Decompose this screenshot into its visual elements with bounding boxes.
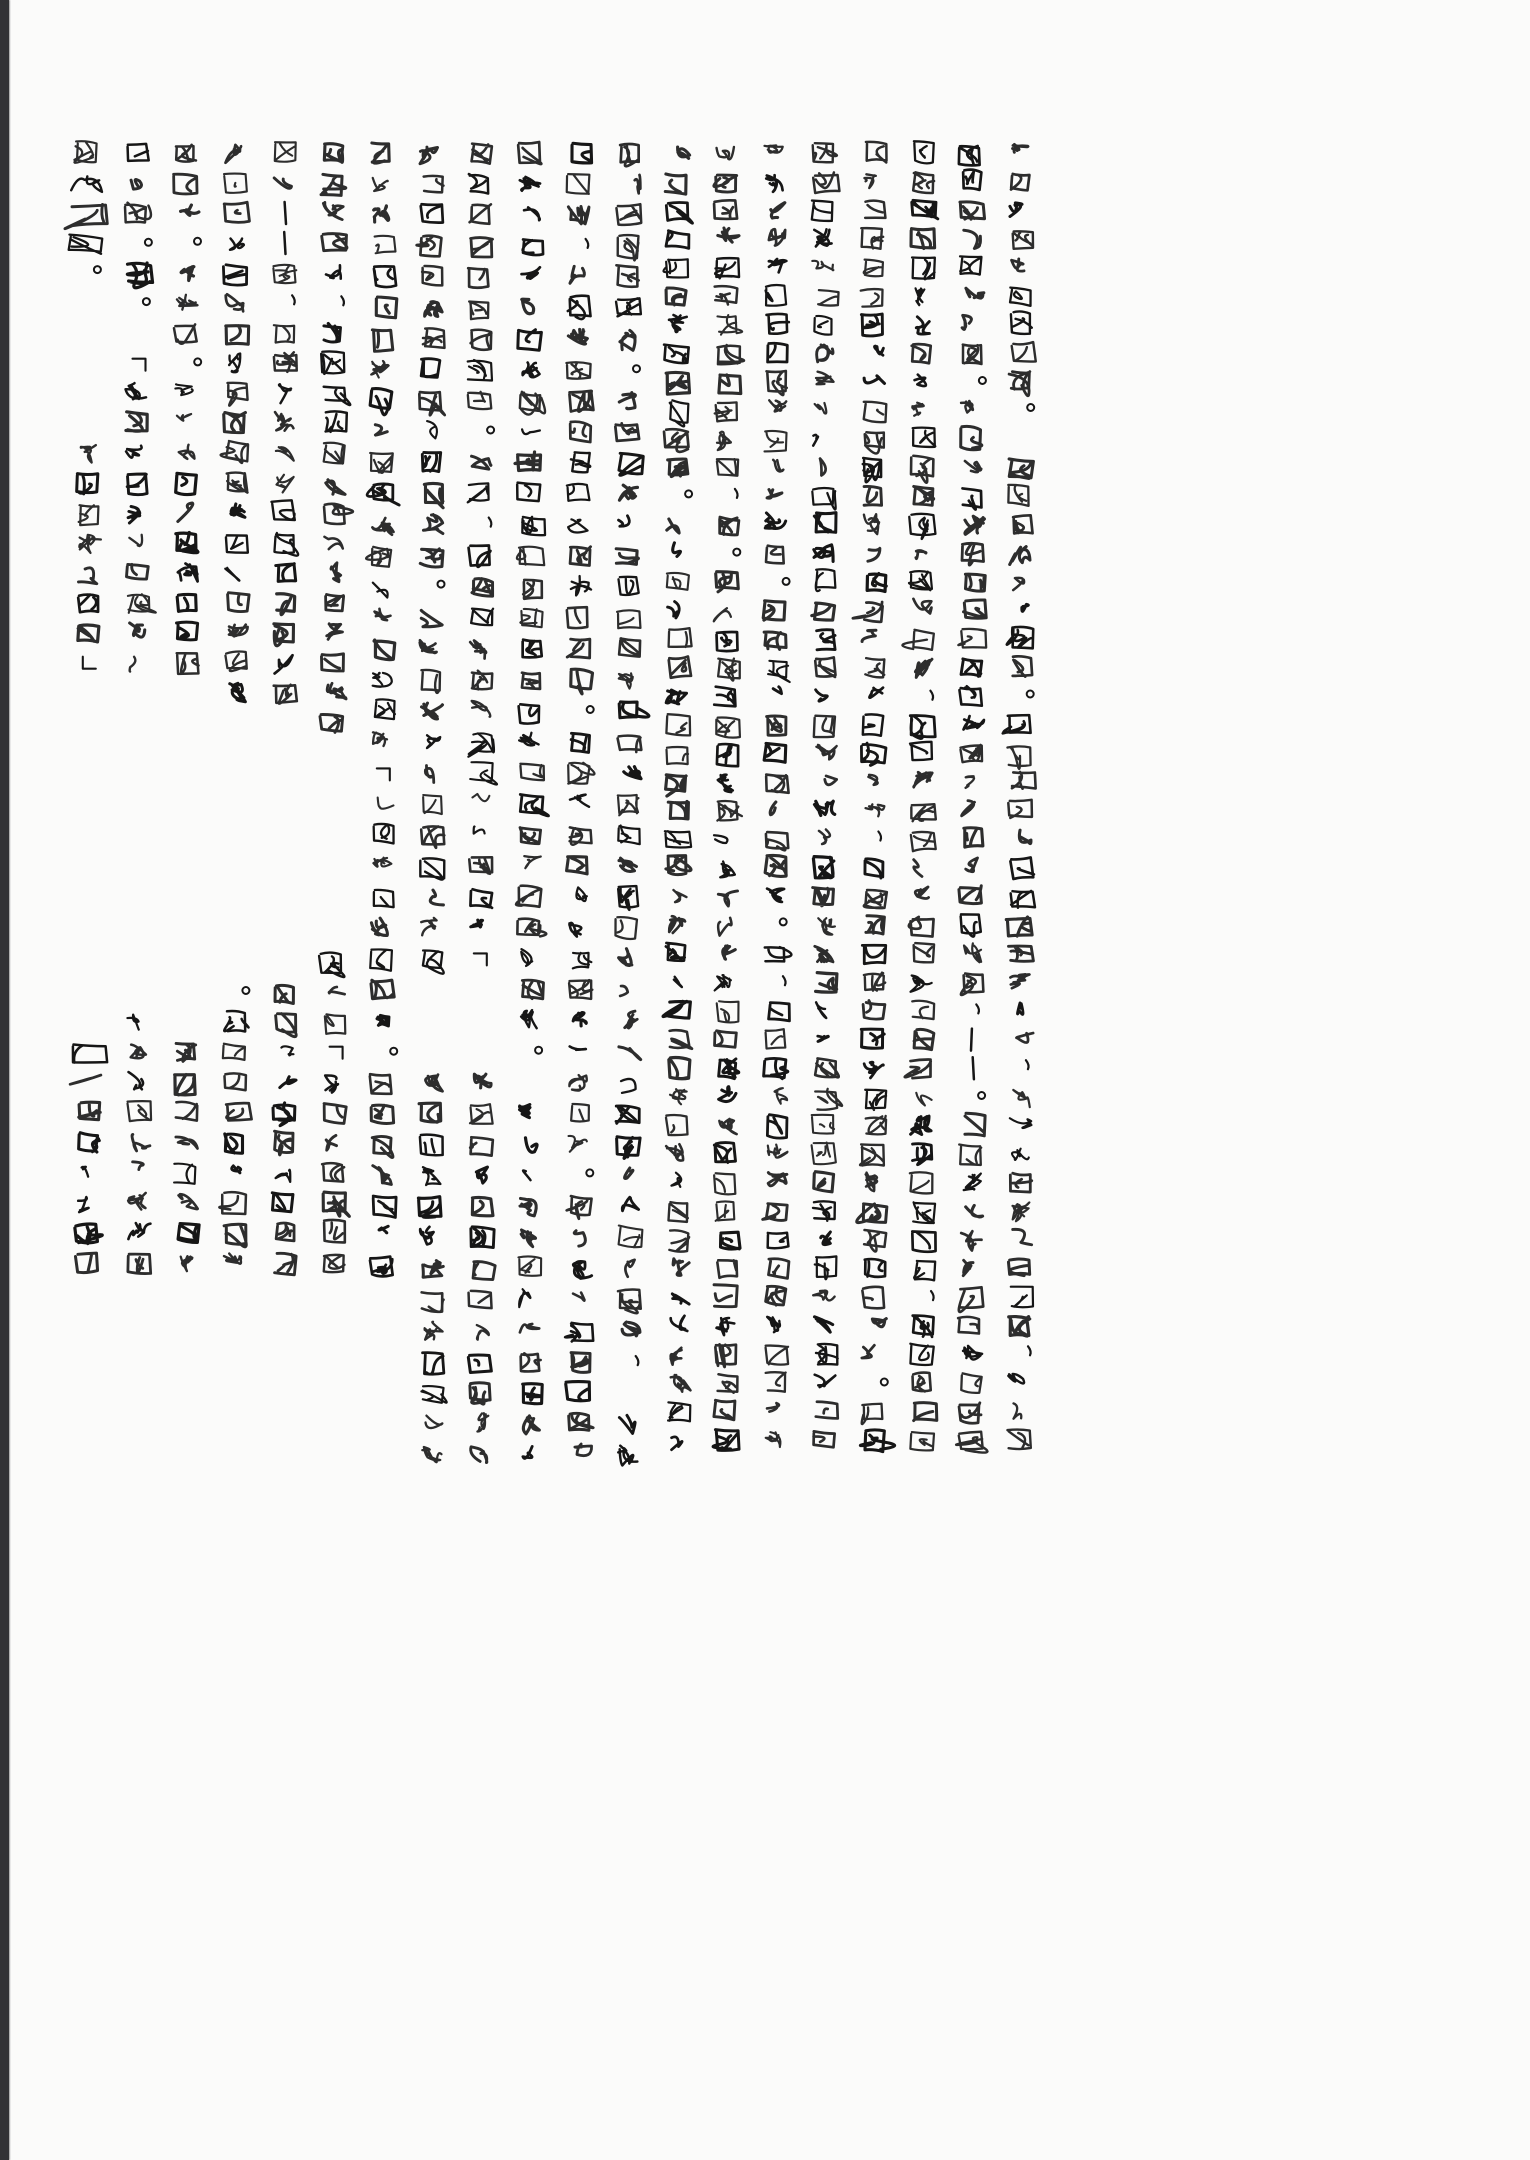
scribble-glyph — [814, 1256, 837, 1280]
vertical-dash — [284, 232, 285, 254]
scribble-glyph — [865, 804, 884, 816]
scribble-glyph — [914, 141, 934, 164]
scribble-glyph — [861, 1404, 883, 1425]
scribble-glyph — [1007, 746, 1030, 769]
scribble-glyph — [1009, 202, 1022, 216]
scribble-glyph — [1006, 917, 1032, 937]
scribble-glyph — [372, 583, 388, 598]
scribble-glyph — [176, 1136, 198, 1149]
scribble-glyph — [1007, 485, 1029, 506]
text-column — [219, 145, 251, 1265]
scribble-glyph — [177, 414, 192, 421]
scribble-glyph — [916, 288, 925, 305]
scribble-glyph — [519, 704, 540, 724]
scribble-glyph — [128, 1222, 150, 1241]
scribble-glyph — [569, 1413, 594, 1431]
scribble-glyph — [370, 453, 393, 473]
scribble-glyph — [322, 233, 348, 251]
kuten-circle-period — [145, 239, 152, 246]
scribble-glyph — [370, 1256, 394, 1277]
scribble-glyph — [1012, 342, 1036, 363]
scribble-glyph — [225, 568, 239, 581]
scribble-glyph — [1008, 1258, 1030, 1276]
scribble-glyph — [177, 563, 197, 583]
scribble-glyph — [911, 1115, 932, 1136]
scribble-glyph — [766, 313, 789, 334]
scribble-glyph — [866, 573, 887, 592]
scribble-glyph — [425, 1415, 442, 1428]
scribble-glyph — [615, 422, 639, 441]
touten-comma-tick — [735, 489, 738, 498]
scribble-glyph — [420, 639, 437, 654]
scribble-glyph — [768, 1258, 790, 1278]
scribble-glyph — [815, 629, 836, 651]
scribble-glyph — [421, 918, 437, 936]
scribble-glyph — [275, 1170, 290, 1182]
scribble-glyph — [325, 1014, 345, 1034]
scribble-glyph — [374, 235, 395, 253]
scribble-glyph — [814, 229, 831, 246]
scribble-glyph — [523, 1446, 532, 1458]
kuten-circle-period — [633, 365, 640, 372]
scribble-glyph — [864, 973, 886, 992]
scribble-glyph — [715, 1344, 736, 1367]
scribble-glyph — [619, 393, 636, 410]
scribble-glyph — [619, 701, 649, 718]
scribble-glyph — [816, 1002, 826, 1018]
text-column — [565, 143, 595, 1456]
scribble-glyph — [82, 1166, 89, 1177]
scribble-glyph — [575, 1444, 592, 1457]
scribble-glyph — [670, 1348, 682, 1365]
scribble-glyph — [274, 684, 297, 704]
scribble-glyph — [177, 503, 193, 522]
scribble-glyph — [77, 624, 98, 642]
scribble-glyph — [474, 1074, 491, 1088]
scribble-glyph — [419, 1102, 442, 1123]
scribble-glyph — [518, 1289, 530, 1307]
scribble-glyph — [860, 743, 886, 767]
scribble-glyph — [769, 259, 787, 273]
scribble-glyph — [634, 175, 641, 194]
scribble-glyph — [671, 1173, 681, 1187]
scribble-glyph — [860, 1144, 884, 1165]
scribble-glyph — [324, 504, 353, 524]
scribble-glyph — [273, 623, 295, 646]
scribble-glyph — [470, 1137, 493, 1155]
scribble-glyph — [670, 1089, 687, 1105]
scribble-glyph — [471, 143, 492, 163]
scribble-glyph — [763, 1203, 788, 1220]
scribble-glyph — [766, 175, 782, 192]
scribble-glyph — [281, 1046, 294, 1055]
scribble-glyph — [720, 861, 735, 878]
scribble-glyph — [621, 1078, 636, 1092]
scribble-glyph — [419, 392, 444, 415]
scribble-glyph — [963, 600, 986, 620]
scribble-glyph — [469, 857, 492, 874]
close-quote-corner — [83, 657, 96, 669]
scribble-glyph — [127, 143, 149, 162]
scribble-glyph — [130, 1043, 146, 1058]
scribble-glyph — [274, 533, 299, 556]
scribble-glyph — [224, 173, 247, 193]
scribble-glyph — [280, 1076, 296, 1088]
scribble-glyph — [716, 431, 731, 450]
scribble-glyph — [370, 388, 392, 415]
scribble-glyph — [959, 426, 983, 451]
scribble-glyph — [125, 203, 152, 223]
scribble-glyph — [424, 1322, 442, 1340]
scribble-glyph — [523, 1383, 543, 1404]
scribble-glyph — [519, 1105, 531, 1119]
scribble-glyph — [764, 632, 787, 650]
scribble-glyph — [669, 656, 691, 677]
scribble-glyph — [965, 574, 985, 591]
scribble-glyph — [371, 142, 390, 163]
scribble-glyph — [911, 344, 931, 364]
scribble-glyph — [665, 855, 691, 875]
scribble-glyph — [1007, 626, 1034, 649]
scribble-glyph — [319, 952, 344, 978]
scribble-glyph — [323, 1219, 346, 1242]
scribble-glyph — [767, 1317, 780, 1332]
scribble-glyph — [477, 1413, 488, 1432]
scribble-glyph — [426, 421, 438, 438]
scribble-glyph — [373, 824, 394, 844]
scribble-glyph — [516, 483, 540, 502]
kuten-circle-period — [194, 358, 201, 365]
scribble-glyph — [669, 1230, 689, 1252]
scribble-glyph — [128, 1254, 151, 1274]
scribble-glyph — [175, 1101, 198, 1120]
scribble-glyph — [959, 686, 981, 707]
scribble-glyph — [668, 315, 687, 333]
scribble-glyph — [766, 1372, 787, 1393]
scribble-glyph — [618, 794, 639, 815]
scribble-glyph — [424, 483, 444, 509]
scribble-glyph — [126, 564, 148, 579]
text-column — [853, 142, 895, 1452]
scribble-glyph — [812, 603, 835, 621]
scribble-glyph — [766, 546, 784, 564]
scribble-glyph — [672, 1294, 690, 1304]
scribble-glyph — [714, 286, 738, 305]
scribble-glyph — [665, 288, 686, 306]
scribble-glyph — [571, 576, 592, 596]
scribble-glyph — [425, 765, 434, 783]
scribble-glyph — [616, 204, 642, 225]
scribble-glyph — [718, 891, 738, 907]
scribble-glyph — [78, 505, 99, 526]
scribble-glyph — [866, 142, 887, 163]
scribble-glyph — [1011, 1287, 1033, 1308]
scribble-glyph — [911, 976, 933, 994]
scribble-glyph — [522, 673, 540, 689]
scribble-glyph — [910, 742, 933, 761]
scribble-glyph — [229, 683, 247, 702]
touten-comma-tick — [1028, 1346, 1031, 1355]
scribble-glyph — [466, 483, 489, 502]
scribble-glyph — [521, 516, 546, 535]
scribble-glyph — [813, 545, 834, 563]
scribble-glyph — [874, 346, 884, 355]
scribble-glyph — [126, 446, 143, 458]
scribble-glyph — [373, 889, 393, 908]
scribble-glyph — [423, 1166, 441, 1185]
kuten-circle-period — [143, 298, 150, 305]
scribble-glyph — [566, 361, 591, 379]
scribble-glyph — [515, 452, 541, 471]
scribble-glyph — [425, 1074, 444, 1091]
scribble-glyph — [853, 600, 883, 622]
scribble-glyph — [366, 483, 399, 508]
scribble-glyph — [768, 400, 786, 412]
scribble-glyph — [1010, 890, 1035, 909]
scribble-glyph — [229, 624, 248, 637]
scribble-glyph — [178, 1194, 199, 1209]
scribble-glyph — [664, 429, 689, 452]
scribble-glyph — [468, 360, 492, 381]
scribble-glyph — [864, 1062, 883, 1078]
scribble-glyph — [764, 1058, 789, 1079]
scribble-glyph — [372, 672, 392, 687]
scribble-glyph — [666, 572, 689, 589]
scribble-glyph — [766, 1231, 788, 1249]
scribble-glyph — [864, 174, 876, 188]
scribble-glyph — [618, 576, 638, 596]
scribble-glyph — [765, 855, 787, 877]
scribble-glyph — [127, 1101, 151, 1122]
wide-double-scribble-glyph — [73, 1044, 107, 1063]
scribble-glyph — [764, 743, 786, 762]
scribble-glyph — [1013, 1089, 1029, 1107]
scribble-glyph — [714, 835, 728, 844]
touten-comma-tick — [976, 1004, 979, 1013]
scribble-glyph — [714, 1285, 737, 1307]
scribble-glyph — [766, 1432, 781, 1447]
scribble-glyph — [326, 264, 342, 278]
scribble-glyph — [276, 594, 294, 615]
scribble-glyph — [468, 391, 492, 409]
scribble-glyph — [274, 325, 295, 343]
scribble-glyph — [273, 265, 296, 283]
scribble-glyph — [323, 1255, 344, 1273]
scribble-glyph — [132, 1134, 150, 1151]
scribble-glyph — [909, 917, 934, 937]
scribble-glyph — [619, 485, 637, 501]
scribble-glyph — [961, 1231, 982, 1251]
scribble-glyph — [470, 1447, 487, 1463]
scribble-glyph — [909, 1344, 934, 1366]
scribble-glyph — [717, 344, 744, 364]
small-scribble-glyph — [818, 1035, 829, 1041]
scribble-glyph — [615, 917, 637, 939]
scribble-glyph — [666, 943, 685, 961]
scribble-glyph — [863, 458, 882, 482]
touten-comma-tick — [930, 691, 933, 700]
scribble-glyph — [717, 314, 742, 335]
scribble-glyph — [813, 1172, 834, 1192]
scribble-glyph — [1010, 1118, 1032, 1128]
scribble-glyph — [521, 267, 541, 279]
kuten-circle-period — [390, 1048, 397, 1055]
scribble-glyph — [916, 550, 926, 558]
scribble-glyph — [963, 169, 982, 190]
scribble-glyph — [1008, 1373, 1024, 1384]
scribble-glyph — [669, 1057, 690, 1078]
scribble-glyph — [663, 345, 689, 364]
scribble-glyph — [180, 1256, 192, 1271]
scribble-glyph — [716, 1317, 735, 1336]
scribble-glyph — [371, 360, 389, 378]
scribble-glyph — [566, 638, 590, 659]
scribble-glyph — [863, 402, 887, 423]
scribble-glyph — [666, 231, 690, 249]
scribble-glyph — [719, 1058, 740, 1079]
text-column — [902, 141, 938, 1451]
scribble-glyph — [714, 608, 731, 622]
scribble-glyph — [965, 288, 984, 298]
scribble-glyph — [472, 701, 491, 717]
scribble-glyph — [619, 330, 635, 351]
scribble-glyph — [518, 141, 541, 166]
scribble-glyph — [470, 204, 491, 224]
kuten-circle-period — [733, 549, 740, 556]
scribble-glyph — [471, 920, 483, 928]
scribble-glyph — [273, 1102, 296, 1126]
scribble-glyph — [567, 762, 595, 785]
scribble-glyph — [812, 259, 833, 271]
scribble-glyph — [420, 147, 438, 164]
scribble-glyph — [323, 442, 345, 463]
scribble-glyph — [127, 506, 140, 523]
scribble-glyph — [468, 267, 488, 288]
scribble-glyph — [959, 1145, 981, 1165]
scribble-glyph — [372, 518, 393, 535]
scribble-glyph — [812, 888, 833, 907]
scribble-glyph — [814, 716, 835, 737]
scribble-glyph — [366, 546, 392, 566]
scribble-glyph — [815, 1088, 842, 1110]
scribble-glyph — [957, 1287, 983, 1312]
scribble-glyph — [767, 1403, 780, 1412]
scribble-glyph — [911, 804, 936, 821]
scribble-glyph — [476, 1167, 487, 1183]
scribble-glyph — [522, 362, 540, 378]
scribble-glyph — [868, 548, 880, 561]
scribble-glyph — [666, 714, 691, 736]
scribble-glyph — [869, 687, 883, 698]
scribble-glyph — [814, 316, 832, 335]
kuten-circle-period — [783, 578, 790, 585]
scribble-glyph — [1012, 1148, 1029, 1160]
scribble-glyph — [372, 1166, 392, 1185]
scribble-glyph — [912, 1232, 937, 1253]
scribble-glyph — [520, 1198, 537, 1217]
scribble-glyph — [423, 328, 445, 348]
scribble-glyph — [1011, 311, 1032, 334]
scribble-glyph — [78, 594, 98, 612]
kuten-circle-period — [487, 427, 494, 434]
scribble-glyph — [329, 986, 345, 994]
scribble-glyph — [813, 143, 837, 162]
scribble-glyph — [618, 1289, 641, 1314]
scribble-glyph — [962, 488, 983, 509]
open-quote-corner — [330, 1047, 343, 1059]
scribble-glyph — [914, 1029, 934, 1050]
scribble-glyph — [573, 1261, 591, 1278]
scribble-glyph — [1009, 371, 1030, 396]
wide-double-scribble-glyph — [68, 235, 102, 254]
scribble-glyph — [524, 207, 540, 220]
kuten-circle-period — [780, 918, 787, 925]
scribble-glyph — [816, 1402, 839, 1419]
scribble-glyph — [325, 411, 348, 433]
scribble-glyph — [219, 1192, 246, 1214]
scribble-glyph — [220, 440, 249, 463]
scribble-glyph — [226, 325, 249, 344]
scribble-glyph — [420, 548, 443, 567]
scribble-glyph — [961, 659, 982, 677]
scribble-glyph — [274, 352, 297, 372]
scribble-glyph — [469, 174, 489, 194]
scribble-glyph — [861, 1345, 875, 1358]
scribble-glyph — [674, 977, 682, 987]
scribble-glyph — [625, 1260, 636, 1277]
scribble-glyph — [470, 889, 493, 908]
scribble-glyph — [422, 950, 445, 974]
open-quote-corner — [377, 768, 390, 780]
scribble-glyph — [324, 143, 344, 162]
scribble-glyph — [862, 714, 883, 736]
scribble-glyph — [815, 657, 836, 678]
scribble-glyph — [861, 228, 884, 249]
scribble-glyph — [566, 1196, 592, 1220]
scribble-glyph — [964, 1113, 986, 1136]
scribble-glyph — [813, 1201, 836, 1221]
scribble-glyph — [815, 1373, 837, 1388]
scribble-glyph — [374, 640, 395, 660]
scribble-glyph — [1009, 1173, 1032, 1192]
scribble-glyph — [522, 639, 542, 658]
kuten-circle-period — [94, 266, 101, 273]
scribble-glyph — [960, 202, 985, 220]
scribble-glyph — [371, 1105, 394, 1123]
scribble-glyph — [868, 775, 877, 785]
scribble-glyph — [964, 827, 983, 847]
scribble-glyph — [914, 1261, 935, 1281]
scribble-glyph — [371, 918, 388, 936]
scribble-glyph — [765, 946, 792, 962]
scribble-glyph — [773, 460, 783, 472]
scribble-glyph — [666, 202, 692, 225]
scribble-glyph — [224, 1073, 246, 1090]
scribble-glyph — [913, 172, 934, 193]
scribble-glyph — [717, 1259, 737, 1278]
scribble-glyph — [714, 402, 737, 421]
scribble-glyph — [275, 1253, 297, 1275]
vertical-dash — [973, 1057, 974, 1079]
scribble-glyph — [1010, 973, 1030, 989]
scribble-glyph — [714, 1400, 735, 1420]
scribble-glyph — [324, 385, 351, 406]
scribble-glyph — [173, 1163, 195, 1183]
scribble-glyph — [327, 683, 347, 699]
scribble-glyph — [717, 147, 735, 159]
scribble-glyph — [128, 1193, 146, 1210]
scribble-glyph — [420, 358, 440, 378]
